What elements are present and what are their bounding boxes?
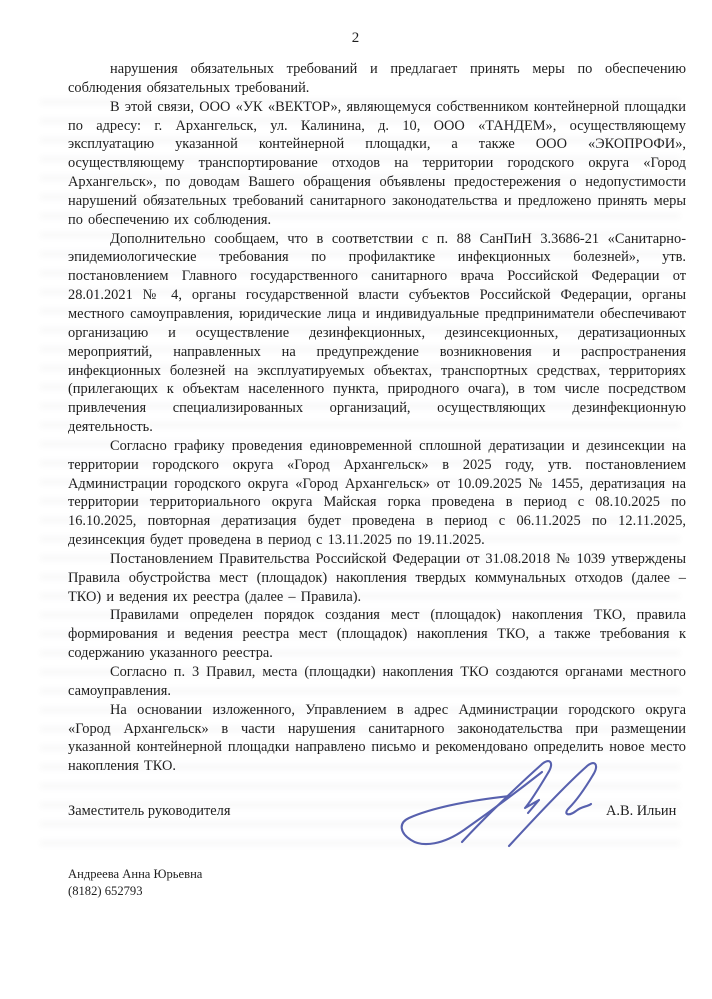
handwritten-signature-icon xyxy=(392,752,612,864)
letter-body: нарушения обязательных требований и пред… xyxy=(68,60,686,776)
signer-name: А.В. Ильин xyxy=(606,803,676,820)
letter-paragraph: Согласно п. 3 Правил, места (площадки) н… xyxy=(68,663,686,701)
executor-name: Андреева Анна Юрьевна xyxy=(68,866,202,883)
page-number: 2 xyxy=(0,30,712,47)
signer-position-title: Заместитель руководителя xyxy=(68,803,230,820)
executor-contact: Андреева Анна Юрьевна (8182) 652793 xyxy=(68,866,202,899)
executor-phone: (8182) 652793 xyxy=(68,883,202,900)
letter-paragraph: Правилами определен порядок создания мес… xyxy=(68,606,686,663)
letter-paragraph: нарушения обязательных требований и пред… xyxy=(68,60,686,98)
document-page: 2 нарушения обязательных требований и пр… xyxy=(0,0,712,999)
letter-paragraph: Дополнительно сообщаем, что в соответств… xyxy=(68,230,686,437)
letter-paragraph: В этой связи, ООО «УК «ВЕКТОР», являющем… xyxy=(68,98,686,230)
letter-paragraph: Согласно графику проведения единовременн… xyxy=(68,437,686,550)
letter-paragraph: Постановлением Правительства Российской … xyxy=(68,550,686,607)
